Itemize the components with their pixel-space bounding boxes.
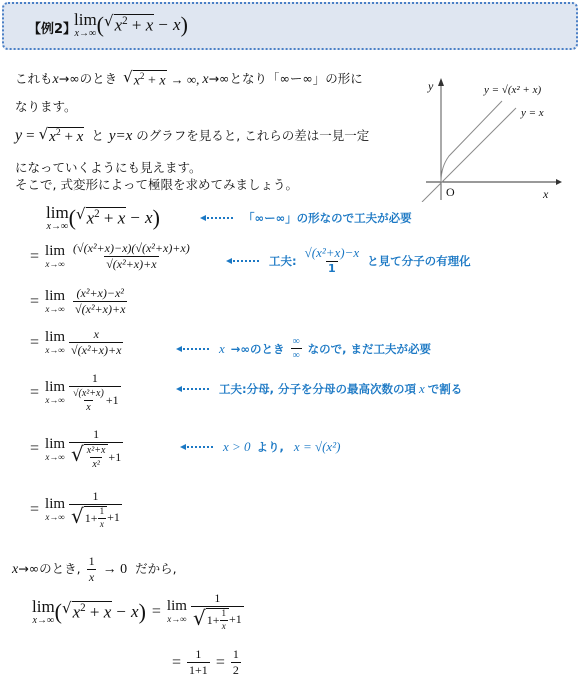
function-graph: y x O y = √(x² + x) y = x [416, 72, 574, 202]
graph-figure: y x O y = √(x² + x) y = x [416, 72, 574, 202]
step-2: = limx→∞ (√(x²+x)−x)(√(x²+x)+x) √(x²+x)+… [30, 242, 192, 271]
intro-line-5: そこで, 式変形によって極限を求めてみましょう。 [15, 179, 298, 192]
step-3: = limx→∞ (x²+x)−x² √(x²+x)+x [30, 287, 127, 316]
note-3: x →∞のとき ∞ ∞ なので, まだ工夫が必要 [176, 336, 431, 361]
conclusion-line: x →∞のとき, 1 x → 0 だから, [12, 555, 177, 584]
lim-operator: lim x→∞ [74, 11, 97, 39]
note-5: x > 0 より, x = √(x²) [180, 439, 340, 455]
dotted-arrow-left-icon [176, 346, 209, 352]
step-5: = limx→∞ 1 √(x²+x)x +1 [30, 372, 121, 413]
intro-line-3: y = √x2 + x と y=x のグラフを見ると, これらの差は一見一定 [15, 127, 369, 146]
intro-line-4: になっていくようにも見えます。 [15, 162, 202, 175]
step-7: = limx→∞ 1 √ 1+ 1x +1 [30, 490, 122, 530]
svg-text:y: y [427, 79, 434, 93]
problem-expression: lim x→∞ ( √x2 + x − x ) [74, 11, 188, 39]
example-header-box: 【例2】 lim x→∞ ( √x2 + x − x ) [2, 2, 578, 50]
dotted-arrow-left-icon [200, 215, 233, 221]
note-4: 工夫:分母, 分子を分母の最高次数の項 x で割る [176, 381, 462, 397]
sqrt: √x2 + x [104, 14, 154, 35]
step-6: = limx→∞ 1 √ x²+xx² +1 [30, 428, 123, 470]
note-1: 「∞ー∞」の形なので工夫が必要 [200, 210, 412, 226]
dotted-arrow-left-icon [176, 386, 209, 392]
intro-line-1: これも x →∞のとき √x2 + x → ∞, x →∞となり「∞ー∞」の形に [15, 70, 363, 89]
step-4: = limx→∞ x √(x²+x)+x [30, 328, 123, 357]
final-result: limx→∞ ( √x2 + x − x ) = limx→∞ 1 √ 1+ 1… [32, 592, 244, 632]
svg-text:y = √(x² + x): y = √(x² + x) [483, 84, 541, 96]
final-value: = 1 1+1 = 1 2 [172, 648, 241, 677]
intro-line-2: なります。 [15, 101, 77, 114]
note-2: 工夫: √(x²+x)−x 1 と見て分子の有理化 [226, 246, 471, 275]
dotted-arrow-left-icon [226, 258, 259, 264]
example-label: 【例2】 [28, 18, 76, 37]
svg-text:y = x: y = x [520, 107, 544, 119]
dotted-arrow-left-icon [180, 444, 213, 450]
svg-text:x: x [542, 187, 549, 201]
svg-text:O: O [446, 185, 455, 199]
step-1: limx→∞ ( √x2 + x − x ) [46, 204, 160, 232]
